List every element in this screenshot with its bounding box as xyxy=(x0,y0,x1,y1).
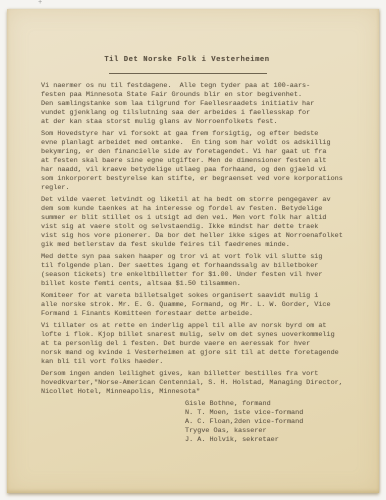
document-title: Til Det Norske Folk i Vesterheimen xyxy=(7,56,367,64)
document-page: Til Det Norske Folk i Vesterheimen Vi na… xyxy=(7,9,379,493)
paragraph-billetplan: Med dette syn paa saken haaper og tror v… xyxy=(41,253,361,289)
paragraph-pengegaver: Det vilde vaeret letvindt og liketil at … xyxy=(41,196,361,250)
registration-mark: + xyxy=(38,0,42,7)
title-underline xyxy=(109,73,267,74)
paragraph-komiteer: Komiteer for at vareta billetsalget soke… xyxy=(41,292,361,319)
document-body: Vi naermer os nu til festdagene. Alle te… xyxy=(41,82,361,445)
paragraph-hovedstyre: Som Hovedstyre har vi forsokt at gaa fre… xyxy=(41,130,361,193)
paragraph-hovedkvarter: Dersom ingen anden leilighet gives, kan … xyxy=(41,370,361,397)
paragraph-intro: Vi naermer os nu til festdagene. Alle te… xyxy=(41,82,361,127)
scan-background: { "page": { "registration_mark": "+", "c… xyxy=(0,0,386,500)
signature-block: Gisle Bothne, formand N. T. Moen, 1ste v… xyxy=(185,400,361,445)
paragraph-appel: Vi tillater os at rette en inderlig appe… xyxy=(41,322,361,367)
